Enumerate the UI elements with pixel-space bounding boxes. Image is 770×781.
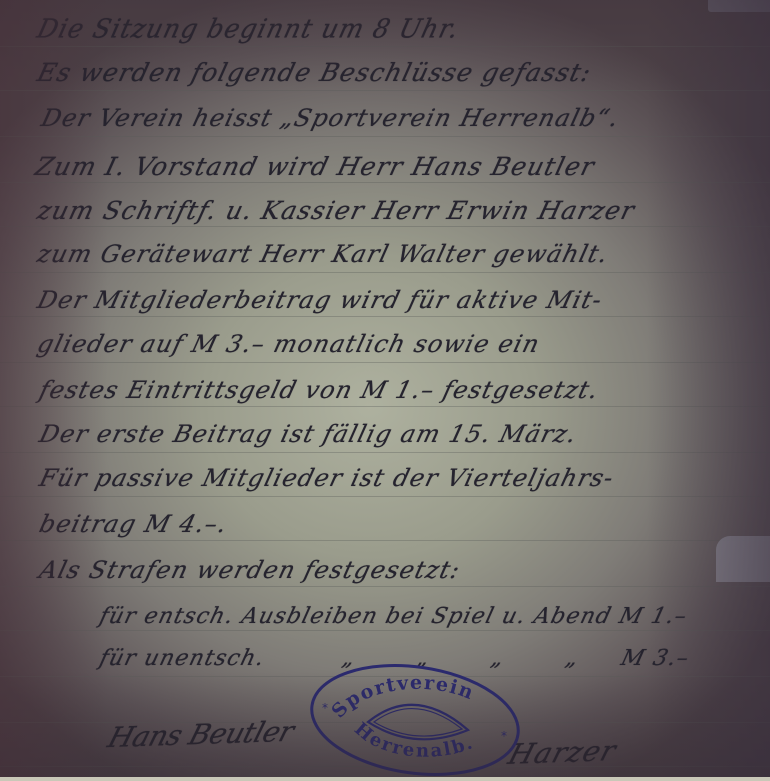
document-page: Die Sitzung beginnt um 8 Uhr. Es werden …: [0, 0, 770, 781]
handwritten-line-4: Zum I. Vorstand wird Herr Hans Beutler: [32, 152, 598, 181]
handwritten-line-1: Die Sitzung beginnt um 8 Uhr.: [34, 13, 463, 43]
ruled-line: [0, 136, 770, 137]
ruled-line: [0, 272, 770, 273]
handwritten-line-14: für entsch. Ausbleiben bei Spiel u. Aben…: [97, 604, 690, 629]
stamp-oval-icon: Sportverein Herrenalb. * *: [308, 664, 522, 776]
paper-corner-top: [708, 0, 770, 12]
ruled-line: [0, 90, 770, 91]
paper-corner-right: [716, 536, 770, 582]
handwritten-line-3: Der Verein heisst „Sportverein Herrenalb…: [39, 104, 623, 132]
svg-text:Herrenalb.: Herrenalb.: [350, 719, 477, 762]
ruled-line: [0, 226, 770, 227]
ruled-line: [0, 496, 770, 497]
handwritten-line-9: festes Eintrittsgeld von M 1.– festgeset…: [37, 376, 603, 404]
handwritten-line-2: Es werden folgende Beschlüsse gefasst:: [34, 58, 594, 87]
ruled-line: [0, 46, 770, 47]
ruled-line: [0, 452, 770, 453]
handwritten-line-13: Als Strafen werden festgesetzt:: [37, 556, 464, 584]
signature-right: Harzer: [505, 734, 621, 771]
handwritten-line-5: zum Schriftf. u. Kassier Herr Erwin Harz…: [34, 196, 638, 225]
svg-text:Sportverein: Sportverein: [327, 672, 477, 723]
stamp-top-text: Sportverein: [327, 672, 477, 723]
line-amount: M 3.–: [618, 646, 692, 671]
ruled-line: [0, 586, 770, 587]
club-stamp: Sportverein Herrenalb. * *: [308, 664, 522, 776]
handwritten-line-7: Der Mitgliederbeitrag wird für aktive Mi…: [35, 286, 606, 314]
ruled-line: [0, 406, 770, 407]
stamp-star-right: *: [501, 729, 507, 743]
handwritten-line-8: glieder auf M 3.– monatlich sowie ein: [35, 330, 544, 358]
line-lead: für unentsch.: [97, 646, 268, 671]
ruled-line: [0, 362, 770, 363]
ruled-line: [0, 540, 770, 541]
stamp-bottom-text: Herrenalb.: [350, 719, 477, 762]
handwritten-line-12: beitrag M 4.–.: [37, 510, 231, 538]
handwritten-line-11: Für passive Mitglieder ist der Viertelja…: [37, 464, 618, 492]
paper-bottom-edge: [0, 777, 770, 781]
handwritten-line-10: Der erste Beitrag ist fällig am 15. März…: [37, 420, 581, 448]
stamp-star-left: *: [322, 701, 328, 715]
handwritten-line-6: zum Gerätewart Herr Karl Walter gewählt.: [35, 240, 612, 268]
ruled-line: [0, 182, 770, 183]
ruled-line: [0, 630, 770, 631]
signature-left: Hans Beutler: [104, 715, 297, 754]
ruled-line: [0, 316, 770, 317]
